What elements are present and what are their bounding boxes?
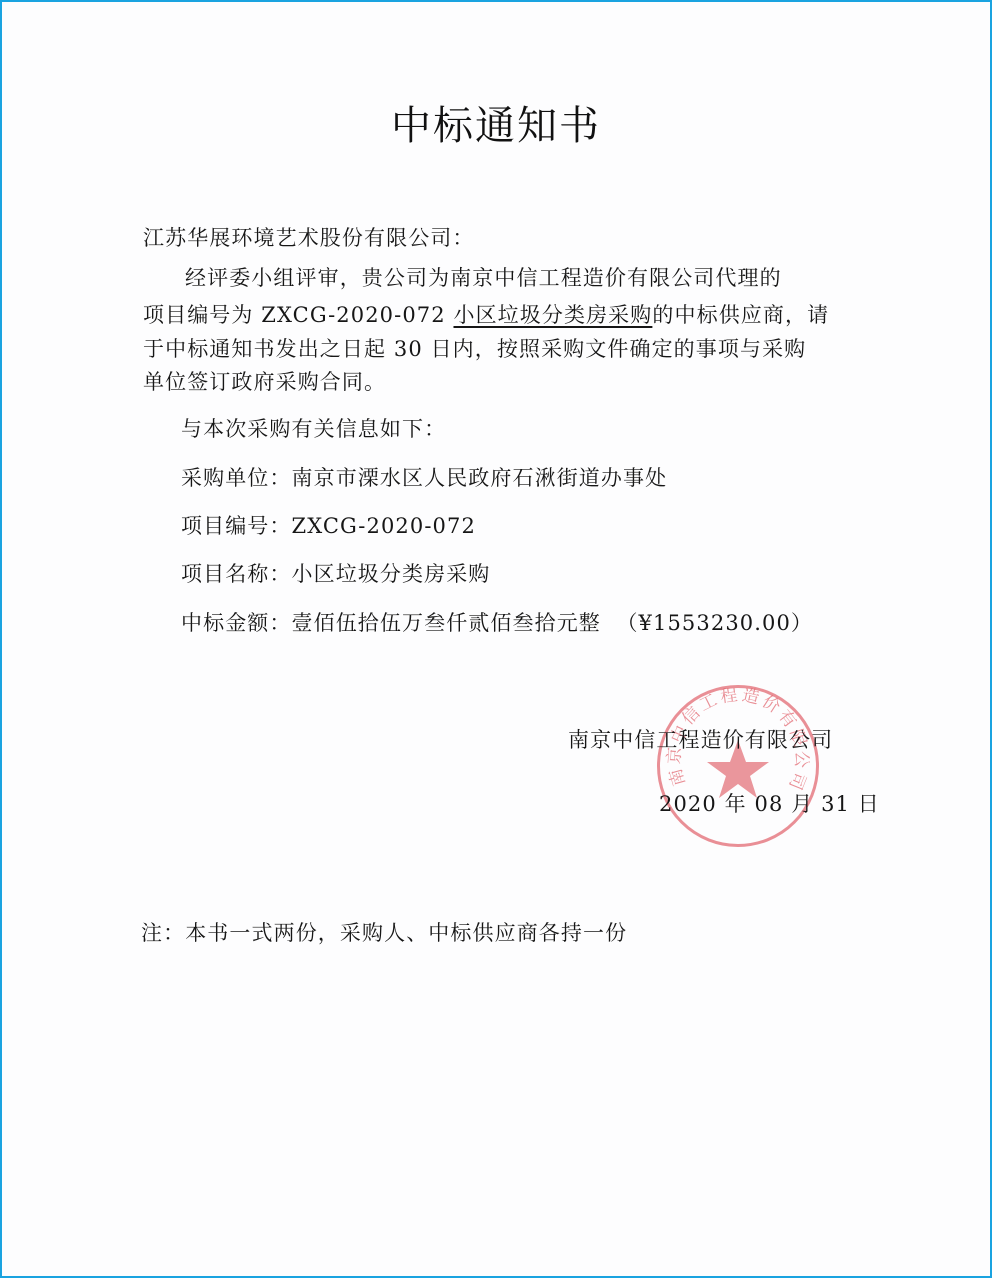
paragraph-line-1: 经评委小组评审，贵公司为南京中信工程造价有限公司代理的 xyxy=(185,262,782,292)
info-label: 项目名称： xyxy=(181,562,292,586)
signature-company: 南京中信工程造价有限公司 xyxy=(568,724,833,754)
info-row-bid-amount: 中标金额：壹佰伍拾伍万叁仟贰佰叁拾元整 （¥1553230.00） xyxy=(181,607,813,637)
info-row-project-name: 项目名称：小区垃圾分类房采购 xyxy=(181,558,490,588)
info-intro: 与本次采购有关信息如下： xyxy=(181,413,446,443)
info-value: 小区垃圾分类房采购 xyxy=(292,562,491,586)
document-page: 中标通知书 江苏华展环境艺术股份有限公司： 经评委小组评审，贵公司为南京中信工程… xyxy=(0,0,992,1278)
signature-date: 2020 年 08 月 31 日 xyxy=(659,788,880,818)
info-row-purchaser: 采购单位：南京市溧水区人民政府石湫街道办事处 xyxy=(181,462,667,492)
info-label: 采购单位： xyxy=(181,466,292,490)
info-value: ZXCG-2020-072 xyxy=(292,514,476,538)
paragraph-line-2-suffix: 的中标供应商，请 xyxy=(652,303,829,327)
project-name-underlined: 小区垃圾分类房采购 xyxy=(453,303,652,327)
paragraph-line-2: 项目编号为 ZXCG-2020-072 小区垃圾分类房采购的中标供应商，请 xyxy=(143,299,829,329)
info-label: 中标金额： xyxy=(181,611,292,635)
note: 注：本书一式两份，采购人、中标供应商各持一份 xyxy=(141,917,627,947)
paragraph-line-2-prefix: 项目编号为 ZXCG-2020-072 xyxy=(143,303,453,327)
paragraph-line-3: 于中标通知书发出之日起 30 日内，按照采购文件确定的事项与采购 xyxy=(143,333,806,363)
company-seal-stamp: 南京中信工程造价有限公司 xyxy=(657,685,819,847)
document-title: 中标通知书 xyxy=(2,94,990,151)
info-label: 项目编号： xyxy=(181,514,292,538)
info-row-project-code: 项目编号：ZXCG-2020-072 xyxy=(181,510,476,540)
seal-star-icon: 南京中信工程造价有限公司 xyxy=(660,688,816,844)
info-value: 壹佰伍拾伍万叁仟贰佰叁拾元整 （¥1553230.00） xyxy=(292,611,814,635)
info-value: 南京市溧水区人民政府石湫街道办事处 xyxy=(292,466,668,490)
paragraph-line-4: 单位签订政府采购合同。 xyxy=(143,366,386,396)
addressee: 江苏华展环境艺术股份有限公司： xyxy=(143,222,475,252)
